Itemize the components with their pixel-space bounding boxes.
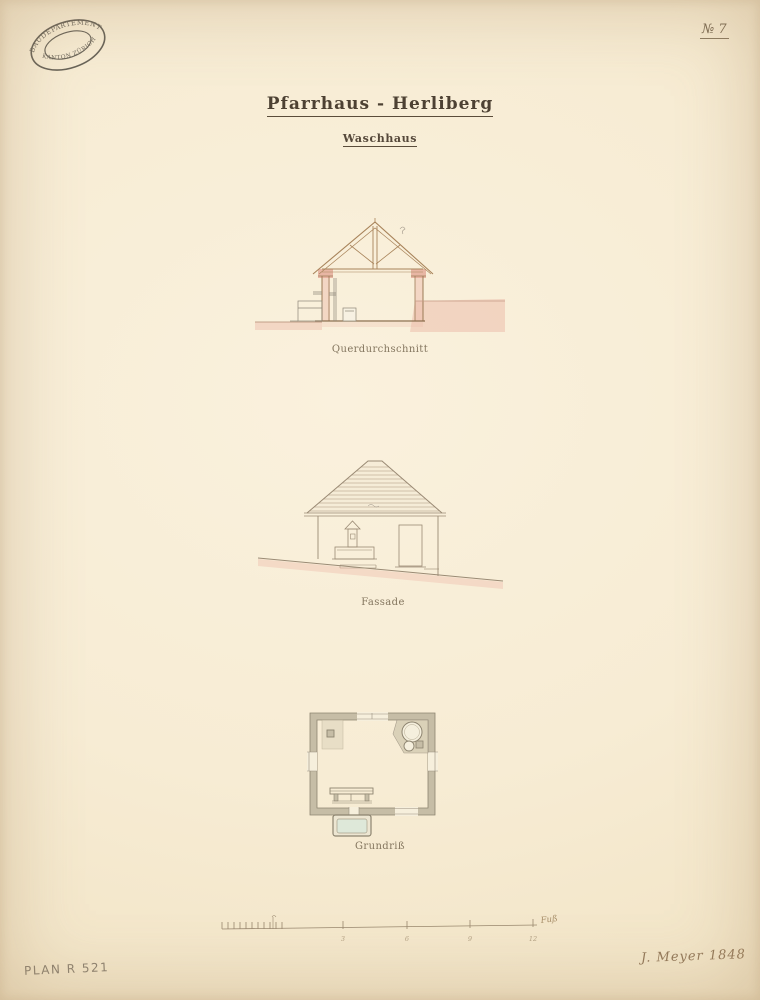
section-terrain-wash (255, 299, 505, 332)
scale-label-4: 12 (529, 935, 537, 943)
scale-label-2: 6 (405, 935, 409, 943)
subtitle-block: Waschhaus (0, 127, 760, 147)
facade-door (395, 525, 439, 569)
fountain (332, 521, 377, 568)
scale-bar: 3 6 9 12 Fuß (215, 910, 565, 950)
scale-label-3: 9 (468, 935, 472, 943)
scale-label-1: 3 (341, 935, 345, 943)
ground-plan-graphic (305, 703, 455, 843)
title-block: Pfarrhaus - Herliberg (0, 94, 760, 117)
ground-plan-drawing (305, 703, 455, 843)
scale-unit: Fuß (539, 914, 558, 926)
scale-bar-graphic: 3 6 9 12 Fuß (215, 910, 565, 950)
hipped-roof (298, 461, 458, 516)
cross-section-graphic (255, 216, 505, 346)
scanned-plan-sheet: BAUDEPARTEMENT KANTON ZÜRICH № 7 Pfarrha… (0, 0, 760, 1000)
ground-slope (258, 558, 503, 589)
water-basin (333, 815, 371, 836)
roof-truss (313, 218, 433, 274)
scale-line (222, 916, 537, 930)
baudepartement-stamp: BAUDEPARTEMENT KANTON ZÜRICH (18, 10, 118, 80)
facade-graphic (258, 455, 508, 590)
wash-table (330, 788, 373, 803)
author-signature: J. Meyer 1848 (586, 947, 746, 968)
page-subtitle: Waschhaus (343, 132, 417, 147)
stamp-graphic: BAUDEPARTEMENT KANTON ZÜRICH (18, 10, 118, 80)
page-title: Pfarrhaus - Herliberg (267, 94, 494, 117)
archive-label: PLAN R 521 (24, 960, 110, 978)
pencil-mark (400, 227, 405, 234)
cross-section-drawing (255, 216, 505, 346)
sheet-number-text: № 7 (700, 22, 729, 39)
facade-caption: Fassade (258, 597, 508, 608)
wash-kettle (393, 720, 428, 753)
hearth-platform (322, 720, 343, 749)
section-caption: Querdurchschnitt (255, 344, 505, 355)
stamp-text-bottom: KANTON ZÜRICH (40, 35, 101, 68)
facade-drawing (258, 455, 508, 590)
svg-text:KANTON ZÜRICH: KANTON ZÜRICH (40, 35, 101, 68)
sheet-number: № 7 (700, 22, 752, 37)
plan-caption: Grundriß (305, 841, 455, 852)
scale-numbers: 3 6 9 12 (341, 935, 537, 943)
